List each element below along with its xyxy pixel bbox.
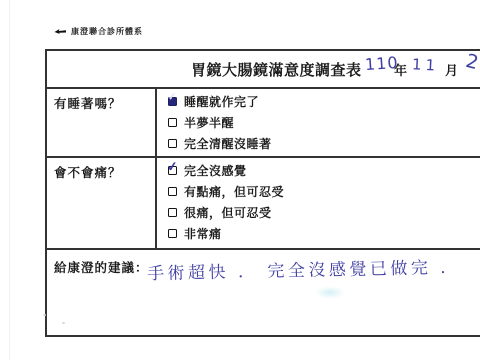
option-label: 睡醒就作完了 [184,93,259,110]
scan-speck [62,322,65,324]
checkbox-icon [168,187,177,196]
handwritten-day: 2 [464,50,480,74]
option-label: 有點痛，但可忍受 [184,183,284,200]
question-label-pain: 會不會痛？ [47,158,157,248]
ink-smudge [315,286,345,299]
question-row-pain: 會不會痛？ 完全沒感覺 有點痛，但可忍受 很痛，但可忍受 非常痛 [47,158,480,250]
clinic-logo-text: 康澄聯合診所體系 [71,26,143,37]
checkbox-checked-icon [168,97,177,106]
checkbox-icon [168,208,177,217]
option-slight-pain: 有點痛，但可忍受 [168,181,480,202]
suggestion-label: 給康澄的建議： [54,258,149,276]
suggestion-row: 給康澄的建議： 手術超快 ． 完全沒感覺已做完 ． [47,250,480,335]
title-row: 胃鏡大腸鏡滿意度調查表 110 年 11 月 2 [47,51,480,89]
question-label-sleep: 有睡著嗎？ [47,89,157,156]
option-extremely-painful: 非常痛 [168,223,480,244]
option-label: 很痛，但可忍受 [184,204,272,221]
options-pain: 完全沒感覺 有點痛，但可忍受 很痛，但可忍受 非常痛 [157,158,480,248]
option-fully-awake: 完全清醒沒睡著 [168,133,480,154]
option-label: 半夢半醒 [184,114,234,131]
option-no-feeling: 完全沒感覺 [168,160,480,181]
option-label: 非常痛 [184,225,222,242]
handwritten-suggestion: 手術超快 ． 完全沒感覺已做完 ． [147,253,461,285]
option-very-painful-bearable: 很痛，但可忍受 [168,202,480,223]
option-slept-through: 睡醒就作完了 [168,91,480,112]
question-row-sleep: 有睡著嗎？ 睡醒就作完了 半夢半醒 完全清醒沒睡著 [47,89,480,158]
clinic-logo: 康澄聯合診所體系 [54,26,143,37]
option-label: 完全沒感覺 [184,162,247,179]
checkbox-icon [168,139,177,148]
bird-swoosh-icon [54,28,67,35]
option-label: 完全清醒沒睡著 [184,135,272,152]
checkbox-icon [168,118,177,127]
scan-edge-artifact [9,0,10,360]
checkbox-checked-icon [168,166,177,175]
scanned-survey-form: 康澄聯合診所體系 胃鏡大腸鏡滿意度調查表 110 年 11 月 2 有睡著嗎？ … [0,0,480,360]
form-title: 胃鏡大腸鏡滿意度調查表 [191,59,362,80]
option-half-awake: 半夢半醒 [168,112,480,133]
options-sleep: 睡醒就作完了 半夢半醒 完全清醒沒睡著 [157,89,480,156]
scan-speck [43,314,46,316]
checkbox-icon [168,229,177,238]
survey-table: 胃鏡大腸鏡滿意度調查表 110 年 11 月 2 有睡著嗎？ 睡醒就作完了 半夢… [45,49,480,337]
month-unit-label: 月 [445,60,458,79]
handwritten-month: 11 [412,55,440,74]
year-unit-label: 年 [394,60,407,79]
